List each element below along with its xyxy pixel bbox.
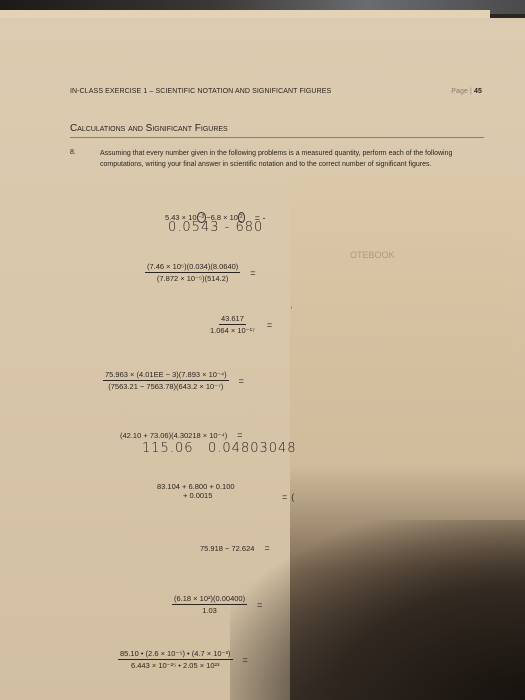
- denominator: 1.03: [200, 605, 219, 615]
- numerator: (6.18 × 10²)(0.00400): [172, 594, 247, 605]
- section-title: Calculations and Significant Figures: [70, 123, 484, 138]
- handwritten-mark-3: ʻ: [290, 306, 294, 316]
- equals-sign: =: [282, 492, 287, 502]
- equals-sign: =: [237, 430, 242, 440]
- problem-5-expression: (42.10 + 73.06)(4.30218 × 10⁻⁴): [120, 431, 227, 440]
- denominator: 1.064 × 10⁻¹⁷: [208, 325, 257, 335]
- exercise-title: IN-CLASS EXERCISE 1 – SCIENTIFIC NOTATIO…: [70, 88, 331, 95]
- shadow-region: [230, 520, 525, 700]
- numerator: 43.617: [219, 314, 246, 325]
- problem-5: (42.10 + 73.06)(4.30218 × 10⁻⁴) =: [120, 430, 243, 440]
- problem-8: (6.18 × 10²)(0.00400) 1.03 =: [172, 594, 262, 615]
- problem-4: 75.963 × (4.01EE − 3)(7.893 × 10⁻⁴) (756…: [103, 370, 244, 391]
- fraction: 75.963 × (4.01EE − 3)(7.893 × 10⁻⁴) (756…: [103, 370, 229, 391]
- question-text: Assuming that every number given in the …: [100, 148, 485, 170]
- problem-3: 43.617 1.064 × 10⁻¹⁷ =: [208, 314, 272, 335]
- numerator: (7.46 × 10⁵)(0.034)(8.0640): [145, 262, 240, 273]
- denominator: (7.872 × 10⁻⁵)(514.2): [155, 273, 230, 283]
- fraction: 43.617 1.064 × 10⁻¹⁷: [208, 314, 257, 335]
- equals-sign: =: [257, 600, 262, 610]
- denominator: (7563.21 − 7563.78)(643.2 × 10⁻⁷): [106, 381, 225, 391]
- handwritten-answer-5a: 115.06: [142, 441, 194, 456]
- numerator: 75.963 × (4.01EE − 3)(7.893 × 10⁻⁴): [103, 370, 229, 381]
- handwritten-mark-6: (: [291, 492, 294, 502]
- equals-sign: =: [250, 268, 255, 278]
- problem-6-line-2: + 0.0015: [183, 491, 212, 500]
- problem-7-expression: 75.918 − 72.624: [200, 544, 254, 553]
- problem-6-line-1: 83.104 + 6.800 + 0.100: [157, 482, 235, 491]
- page-indicator: Page | 45: [451, 88, 482, 95]
- handwritten-answer-1: 0.0543 - 680: [168, 220, 263, 235]
- page-label: Page |: [451, 88, 472, 95]
- equals-sign: =: [243, 655, 248, 665]
- numerator: 85.10 • (2.6 × 10⁻⁵) • (4.7 × 10⁻³): [118, 649, 233, 660]
- page-number: 45: [474, 88, 482, 95]
- handwritten-answer-5b: 0.04803048: [208, 441, 297, 456]
- problem-6: 83.104 + 6.800 + 0.100 + 0.0015: [157, 482, 235, 500]
- problem-6-equals: = (: [282, 492, 294, 502]
- fraction: (7.46 × 10⁵)(0.034)(8.0640) (7.872 × 10⁻…: [145, 262, 240, 283]
- problem-7: 75.918 − 72.624 =: [200, 543, 270, 553]
- equals-sign: =: [267, 320, 272, 330]
- equals-sign: =: [264, 543, 269, 553]
- faint-bleedthrough-text: OTEBOOK: [350, 250, 395, 260]
- equals-sign: =: [239, 376, 244, 386]
- denominator: 6.443 × 10⁻²⁵ • 2.05 × 10²³: [129, 660, 222, 670]
- page-header: IN-CLASS EXERCISE 1 – SCIENTIFIC NOTATIO…: [70, 88, 482, 95]
- fraction: 85.10 • (2.6 × 10⁻⁵) • (4.7 × 10⁻³) 6.44…: [118, 649, 233, 670]
- problem-9: 85.10 • (2.6 × 10⁻⁵) • (4.7 × 10⁻³) 6.44…: [118, 649, 248, 670]
- fraction: (6.18 × 10²)(0.00400) 1.03: [172, 594, 247, 615]
- problem-2: (7.46 × 10⁵)(0.034)(8.0640) (7.872 × 10⁻…: [145, 262, 256, 283]
- question-number: 8.: [70, 149, 76, 156]
